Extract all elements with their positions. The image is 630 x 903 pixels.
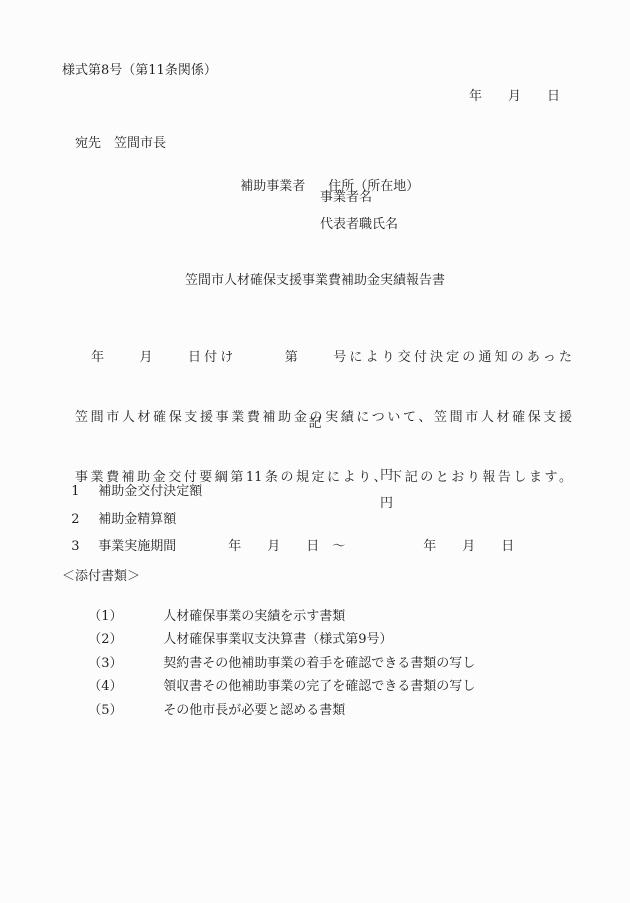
document-title: 笠間市人材確保支援事業費補助金実績報告書 [0,273,630,289]
applicant-representative-field: 代表者職氏名 [320,217,398,233]
attachments-header: ＜添付書類＞ [62,569,140,585]
body-line-1: 年 月 日付け 第 号により交付決定の通知のあった [75,344,572,372]
applicant-label: 補助事業者 [240,179,328,195]
item-label: 事業実施期間 年 月 日 ～ 年 月 日 [98,539,514,554]
date-line: 年 月 日 [469,89,560,105]
addressee-line: 宛先 笠間市長 [75,136,166,152]
item-unit: 円 [380,468,393,484]
attachment-text: その他市長が必要と認める書類 [163,703,345,718]
form-number: 様式第8号（第11条関係） [62,63,217,79]
applicant-name-field: 事業者名 [320,190,372,206]
item-unit: 円 [380,496,393,512]
item-row-3: 3事業実施期間 年 月 日 ～ 年 月 日 [63,523,630,555]
attachment-item-5: （5）その他市長が必要と認める書類 [80,687,345,719]
section-marker: 記 [0,416,630,432]
item-number: 3 [71,539,98,555]
attachment-marker: （5） [88,703,163,719]
